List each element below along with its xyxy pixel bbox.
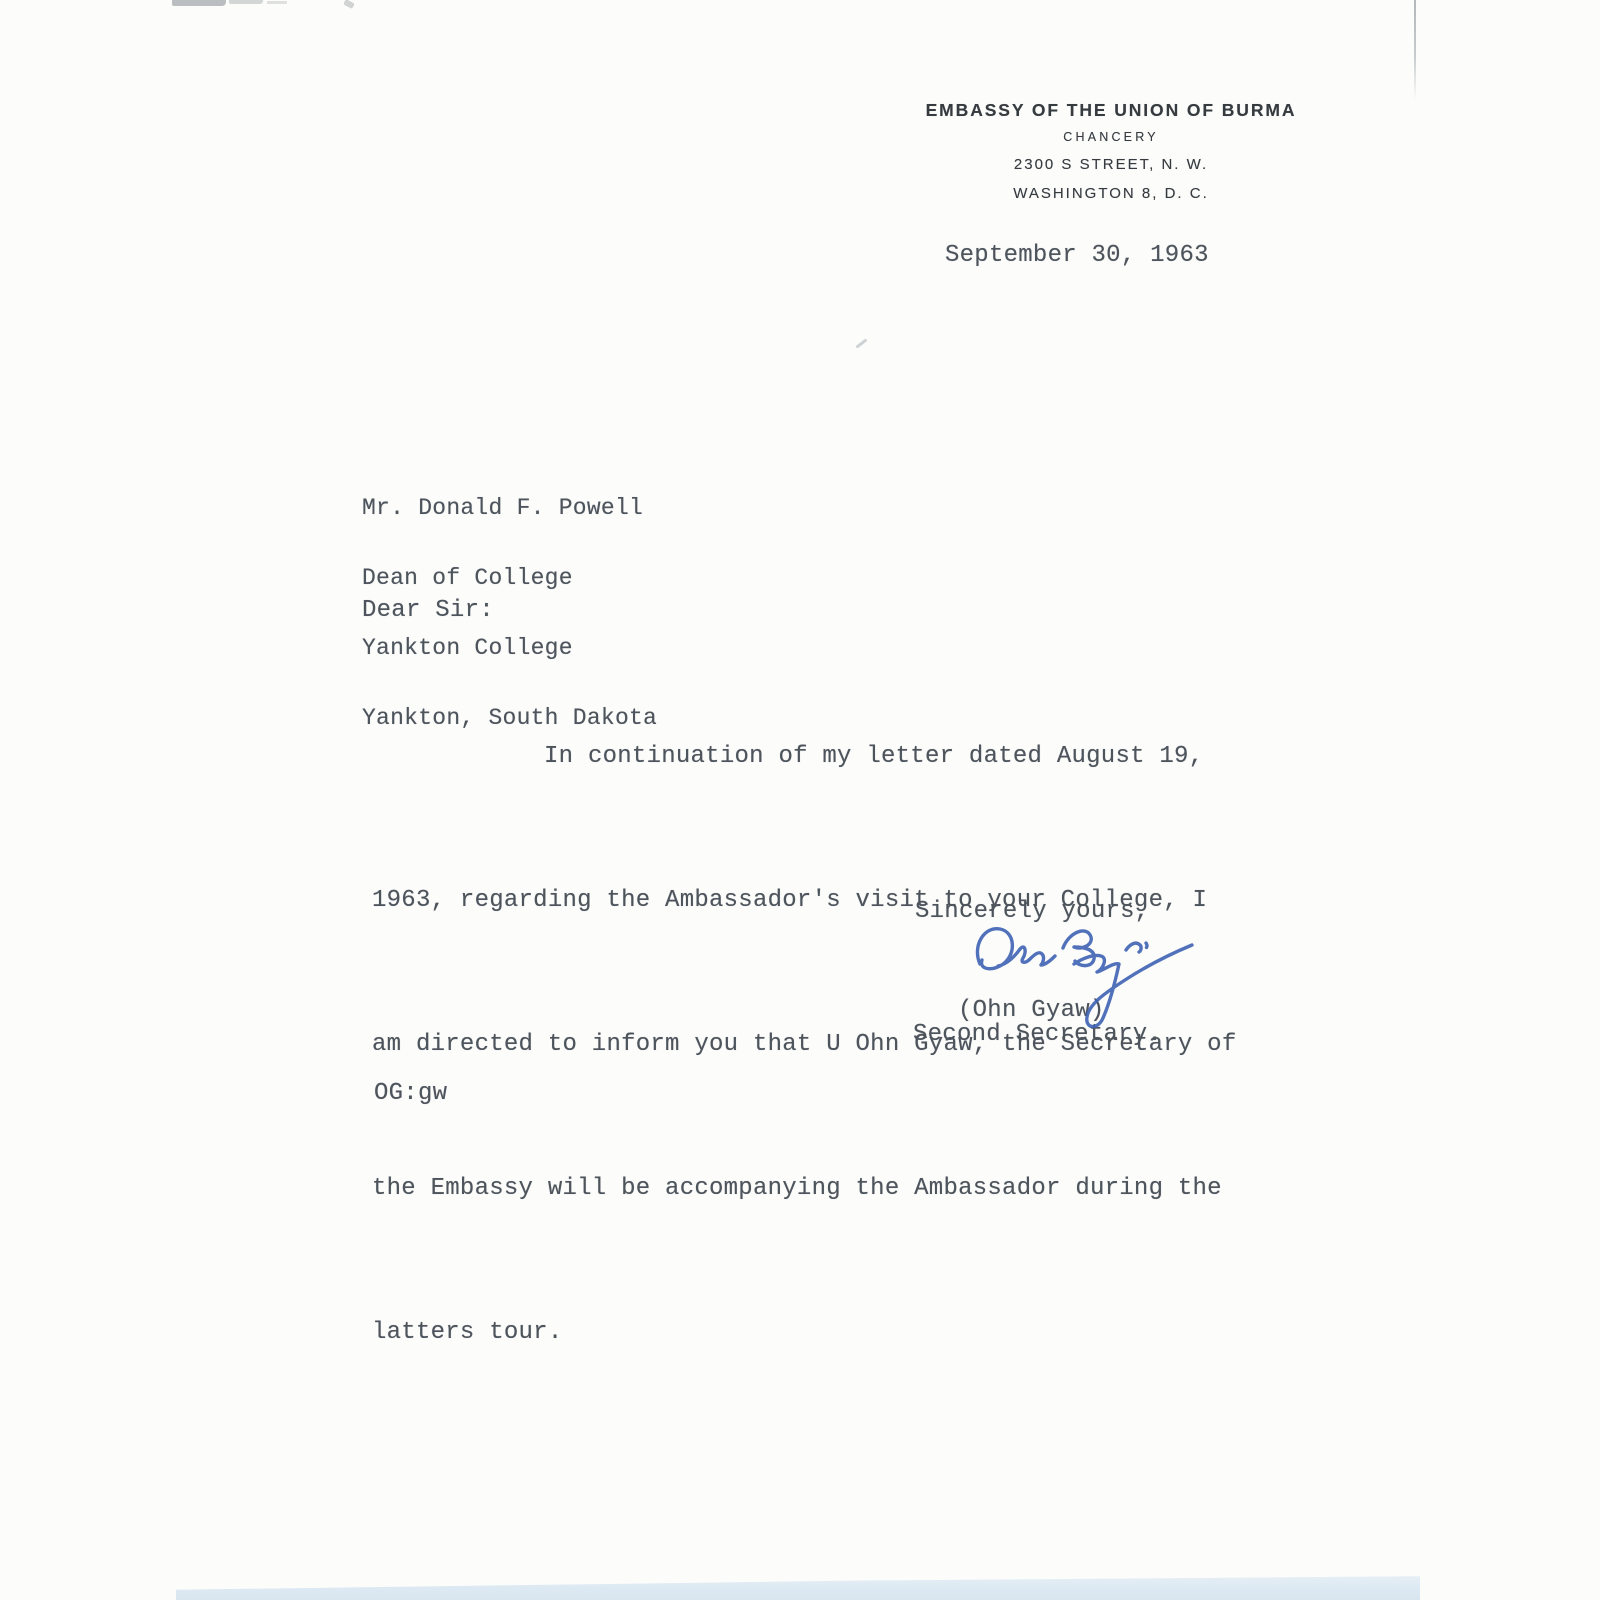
- scan-edge-artifact: [172, 0, 226, 6]
- salutation: Dear Sir:: [362, 597, 494, 624]
- scan-edge-artifact: [343, 0, 355, 9]
- ink-speck: [855, 338, 867, 348]
- signer-title: Second Secretary.: [913, 1021, 1162, 1048]
- letterhead-organization: EMBASSY OF THE UNION OF BURMA: [925, 100, 1297, 120]
- letterhead-address-street: 2300 S STREET, N. W.: [925, 156, 1297, 174]
- recipient-name: Mr. Donald F. Powell: [362, 497, 657, 520]
- body-line: In continuation of my letter dated Augus…: [372, 733, 1237, 781]
- body-line: latters tour.: [372, 1309, 1237, 1357]
- reference-initials: OG:gw: [374, 1080, 447, 1107]
- letterhead-department: CHANCERY: [925, 129, 1297, 145]
- scan-edge-line: [1414, 0, 1416, 100]
- signed-name: (Ohn Gyaw): [958, 997, 1105, 1024]
- letterhead-address-city: WASHINGTON 8, D. C.: [925, 185, 1297, 203]
- scanned-letter-page: EMBASSY OF THE UNION OF BURMA CHANCERY 2…: [0, 0, 1600, 1600]
- valediction: Sincerely yours,: [915, 898, 1149, 925]
- recipient-title: Dean of College: [362, 567, 657, 590]
- scan-bottom-edge: [176, 1573, 1420, 1600]
- letterhead: EMBASSY OF THE UNION OF BURMA CHANCERY 2…: [925, 100, 1297, 203]
- scan-edge-artifact: [267, 1, 287, 4]
- scan-edge-artifact: [229, 0, 263, 4]
- letter-date: September 30, 1963: [945, 242, 1209, 269]
- body-line: the Embassy will be accompanying the Amb…: [372, 1165, 1237, 1213]
